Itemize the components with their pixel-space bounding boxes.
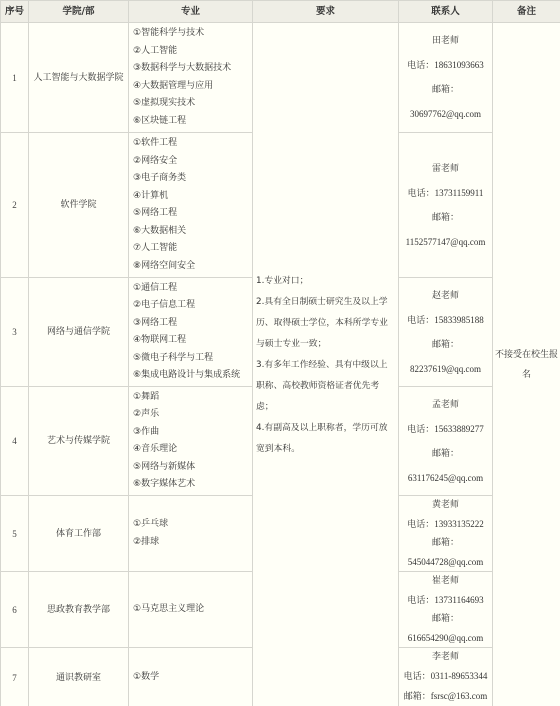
row-department: 网络与通信学院 [29, 278, 129, 387]
contact-phone: 电话：13731159911 [399, 181, 492, 206]
major-item: ①通信工程 [133, 280, 252, 298]
major-item: ②电子信息工程 [133, 297, 252, 315]
contact-name: 李老师 [399, 648, 492, 667]
major-item: ⑤网络工程 [133, 205, 252, 223]
major-item: ⑤微电子科学与工程 [133, 350, 252, 368]
major-item: ③作曲 [133, 424, 252, 442]
contact-phone: 电话：0311-89653344 [399, 667, 492, 687]
phone-label: 电话： [407, 596, 434, 606]
major-item: ⑥数字媒体艺术 [133, 476, 252, 494]
row-contact: 田老师 电话：18631093663 邮箱： 30697762@qq.com [399, 23, 493, 133]
table-header-row: 序号 学院/部 专业 要求 联系人 备注 [1, 1, 560, 23]
contact-name: 赵老师 [399, 284, 492, 308]
header-index: 序号 [1, 1, 29, 23]
email-label: 邮箱： [399, 333, 492, 357]
header-requirements: 要求 [253, 1, 399, 23]
major-item: ⑥区块链工程 [133, 113, 252, 131]
email-label: 邮箱： [399, 442, 492, 466]
contact-email-line: 邮箱：fsrsc@163.com [399, 687, 492, 706]
major-item: ③网络工程 [133, 315, 252, 333]
header-contact: 联系人 [399, 1, 493, 23]
phone-label: 电话： [407, 316, 434, 326]
contact-phone: 电话：13731164693 [399, 591, 492, 611]
phone-number: 13933135222 [434, 519, 484, 529]
phone-number: 0311-89653344 [431, 671, 488, 681]
contact-name: 雷老师 [399, 157, 492, 181]
requirements-cell: 1.专业对口； 2.具有全日制硕士研究生及以上学历、取得硕士学位，本科所学专业与… [253, 23, 399, 706]
major-item: ②排球 [133, 534, 252, 552]
contact-phone: 电话：15833985188 [399, 308, 492, 333]
recruitment-table: 序号 学院/部 专业 要求 联系人 备注 1 人工智能与大数据学院 ①智能科学与… [0, 0, 560, 706]
major-item: ②人工智能 [133, 43, 252, 61]
row-majors: ①数学 [129, 648, 253, 706]
major-item: ⑤网络与新媒体 [133, 459, 252, 477]
row-department: 思政教育教学部 [29, 572, 129, 648]
phone-label: 电话： [407, 61, 434, 71]
phone-number: 18631093663 [434, 60, 484, 70]
row-majors: ①通信工程 ②电子信息工程 ③网络工程 ④物联网工程 ⑤微电子科学与工程 ⑥集成… [129, 278, 253, 387]
contact-name: 黄老师 [399, 496, 492, 515]
contact-email: 616654290@qq.com [399, 629, 492, 648]
contact-name: 田老师 [399, 29, 492, 53]
row-index: 7 [1, 648, 29, 706]
row-department: 软件学院 [29, 133, 129, 278]
row-majors: ①马克思主义理论 [129, 572, 253, 648]
table-row: 1 人工智能与大数据学院 ①智能科学与技术 ②人工智能 ③数据科学与大数据技术 … [1, 23, 560, 133]
major-item: ⑧网络空间安全 [133, 258, 252, 276]
major-item: ⑦人工智能 [133, 240, 252, 258]
contact-name: 崔老师 [399, 572, 492, 591]
row-index: 6 [1, 572, 29, 648]
major-item: ⑤虚拟现实技术 [133, 95, 252, 113]
email-label: 邮箱： [404, 692, 431, 702]
note-cell: 不接受在校生报名 [493, 23, 560, 706]
major-item: ③数据科学与大数据技术 [133, 60, 252, 78]
major-item: ④计算机 [133, 188, 252, 206]
contact-name: 孟老师 [399, 393, 492, 417]
row-index: 3 [1, 278, 29, 387]
major-item: ⑥大数据相关 [133, 223, 252, 241]
row-contact: 崔老师 电话：13731164693 邮箱： 616654290@qq.com [399, 572, 493, 648]
major-item: ②声乐 [133, 406, 252, 424]
header-note: 备注 [493, 1, 560, 23]
row-contact: 雷老师 电话：13731159911 邮箱： 1152577147@qq.com [399, 133, 493, 278]
major-item: ①乒乓球 [133, 516, 252, 534]
contact-email: 545044728@qq.com [399, 553, 492, 572]
row-majors: ①软件工程 ②网络安全 ③电子商务类 ④计算机 ⑤网络工程 ⑥大数据相关 ⑦人工… [129, 133, 253, 278]
row-index: 2 [1, 133, 29, 278]
email-label: 邮箱： [399, 610, 492, 629]
major-item: ①数学 [133, 669, 252, 687]
row-majors: ①智能科学与技术 ②人工智能 ③数据科学与大数据技术 ④大数据管理与应用 ⑤虚拟… [129, 23, 253, 133]
major-item: ①马克思主义理论 [133, 601, 252, 619]
row-department: 人工智能与大数据学院 [29, 23, 129, 133]
contact-phone: 电话：15633889277 [399, 417, 492, 442]
requirement-item: 2.具有全日制硕士研究生及以上学历、取得硕士学位，本科所学专业与硕士专业一致； [256, 292, 394, 355]
row-department: 通识教研室 [29, 648, 129, 706]
header-department: 学院/部 [29, 1, 129, 23]
contact-phone: 电话：18631093663 [399, 53, 492, 78]
requirement-item: 4.有副高及以上职称者，学历可放宽到本科。 [256, 418, 394, 460]
contact-email: 1152577147@qq.com [399, 230, 492, 254]
row-contact: 赵老师 电话：15833985188 邮箱： 82237619@qq.com [399, 278, 493, 387]
phone-number: 15633889277 [434, 424, 484, 434]
major-item: ④物联网工程 [133, 332, 252, 350]
row-index: 4 [1, 387, 29, 496]
contact-phone: 电话：13933135222 [399, 515, 492, 535]
row-index: 1 [1, 23, 29, 133]
major-item: ④音乐理论 [133, 441, 252, 459]
phone-number: 13731164693 [434, 595, 483, 605]
row-department: 艺术与传媒学院 [29, 387, 129, 496]
phone-label: 电话： [407, 520, 434, 530]
major-item: ①软件工程 [133, 135, 252, 153]
major-item: ④大数据管理与应用 [133, 78, 252, 96]
phone-label: 电话： [408, 189, 435, 199]
requirement-item: 3.有多年工作经验、具有中级以上职称、高校教师资格证者优先考虑； [256, 355, 394, 418]
row-contact: 孟老师 电话：15633889277 邮箱： 631176245@qq.com [399, 387, 493, 496]
major-item: ①舞蹈 [133, 389, 252, 407]
phone-number: 15833985188 [434, 315, 484, 325]
contact-email: 631176245@qq.com [399, 466, 492, 490]
phone-number: 13731159911 [435, 188, 484, 198]
row-department: 体育工作部 [29, 496, 129, 572]
email-label: 邮箱： [399, 206, 492, 230]
email-label: 邮箱： [399, 78, 492, 102]
row-contact: 黄老师 电话：13933135222 邮箱： 545044728@qq.com [399, 496, 493, 572]
major-item: ⑥集成电路设计与集成系统 [133, 367, 252, 385]
contact-email: 82237619@qq.com [399, 357, 492, 381]
contact-email: 30697762@qq.com [399, 102, 492, 126]
row-majors: ①舞蹈 ②声乐 ③作曲 ④音乐理论 ⑤网络与新媒体 ⑥数字媒体艺术 [129, 387, 253, 496]
phone-label: 电话： [407, 425, 434, 435]
row-contact: 李老师 电话：0311-89653344 邮箱：fsrsc@163.com [399, 648, 493, 706]
requirement-item: 1.专业对口； [256, 271, 394, 292]
row-majors: ①乒乓球 ②排球 [129, 496, 253, 572]
major-item: ②网络安全 [133, 153, 252, 171]
major-item: ①智能科学与技术 [133, 25, 252, 43]
row-index: 5 [1, 496, 29, 572]
email-label: 邮箱： [399, 534, 492, 553]
contact-email: fsrsc@163.com [431, 691, 488, 701]
header-major: 专业 [129, 1, 253, 23]
phone-label: 电话： [404, 672, 431, 682]
major-item: ③电子商务类 [133, 170, 252, 188]
